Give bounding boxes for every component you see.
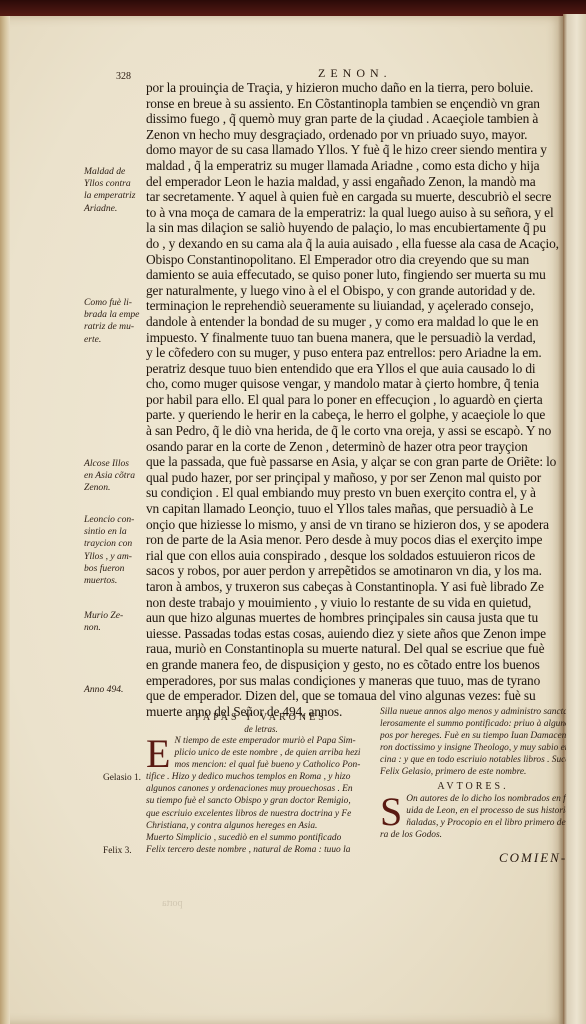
text-line: Felix tercero deste nombre , natural de … <box>146 844 376 856</box>
text-line: del emperador Leon le hazia maldad, y as… <box>146 174 571 190</box>
margin-note-line: ratriz de mu- <box>84 321 150 333</box>
margin-note-line: Zenon. <box>84 482 150 494</box>
margin-note: Alcose Illosen Asia cõtraZenon. <box>84 458 150 495</box>
margin-note-line: Murio Ze- <box>84 610 150 622</box>
margin-note-line: muertos. <box>84 575 150 587</box>
text-line: cho, como muger quisose vengar, y mandol… <box>146 376 571 392</box>
text-line: do , y dexando en su cama ala q̃ la auia… <box>146 236 571 252</box>
autores-lines: On autores de lo dicho los nombrados en … <box>380 793 566 841</box>
section-body: E N tiempo de este emperador muriò el Pa… <box>146 735 376 856</box>
margin-note-line: traycion con <box>84 538 150 550</box>
text-line: que la passada, que fuè passarse en Asia… <box>146 454 571 470</box>
text-line: ronse en breue à su assiento. En Cõstant… <box>146 96 571 112</box>
text-line: que de emperador. Dizen del, que se toma… <box>146 688 571 704</box>
section-subtitle: de letras. <box>146 724 376 735</box>
running-head: ZENON. <box>318 66 392 81</box>
text-line: impuesto. Y finalmente tuuo tan buena ma… <box>146 330 571 346</box>
text-line: dissimo fuego , q̃ quemò muy gran parte … <box>146 111 571 127</box>
text-line: N tiempo de este emperador muriò el Papa… <box>174 735 376 747</box>
margin-note-line: la emperatriz <box>84 190 150 202</box>
text-line: Christiana, y contra algunos hereges en … <box>146 820 376 832</box>
section-papas-varones: PAPAS Y VARONES de letras. E N tiempo de… <box>146 712 376 856</box>
margin-note: Anno 494. <box>84 684 150 696</box>
margin-note-line: Como fuè li- <box>84 297 150 309</box>
main-text-block: por la prouinçia de Traçia, y hizieron m… <box>146 80 571 719</box>
section-right-column: Silla nueue annos algo menos y administr… <box>380 706 566 841</box>
text-line: onçio que hiziesse lo mismo, y ansi de v… <box>146 517 571 533</box>
text-line: uiesse. Passadas todas estas cosas, auie… <box>146 626 571 642</box>
margin-note-line: bos fueron <box>84 563 150 575</box>
text-line: à san Pedro, q̃ le diò vna herida, de q̃… <box>146 423 571 439</box>
catchword: COMIEN- <box>499 850 567 866</box>
section-lines: N tiempo de este emperador muriò el Papa… <box>146 735 376 856</box>
text-line: qual pudo hazer, por ser prinçipal y mañ… <box>146 470 571 486</box>
text-line: la sin mas dilaçion se saliò huyendo de … <box>146 220 571 236</box>
margin-note-line: en Asia cõtra <box>84 470 150 482</box>
text-line: aun que hizo algunas muertes de hombres … <box>146 610 571 626</box>
text-line: Zenon vn hecho muy desgraçiado, ordenado… <box>146 127 571 143</box>
margin-note-line: brada la empe <box>84 309 150 321</box>
text-line: vn capitan llamado Leonçio, tuuo el Yllo… <box>146 501 571 517</box>
text-line: domo mayor de su casa llamado Yllos. Y f… <box>146 142 571 158</box>
text-line: Felix Gelasio, primero de este nombre. <box>380 766 566 778</box>
bleed-through-text: porta <box>162 898 183 909</box>
text-line: mos mencion: el qual fuè bueno y Catholi… <box>174 759 376 771</box>
text-line: ron de parte de la Asia menor. Pero desd… <box>146 532 571 548</box>
section-title: PAPAS Y VARONES <box>146 712 376 724</box>
margin-note: Murio Ze-non. <box>84 610 150 634</box>
margin-note-line: erte. <box>84 334 150 346</box>
margin-note: Leoncio con-sintio en latraycion conYllo… <box>84 514 150 587</box>
margin-note-line: Yllos , y am- <box>84 551 150 563</box>
text-line: to à vna moça de camara de la emperatriz… <box>146 205 571 221</box>
text-line: Silla nueue annos algo menos y administr… <box>380 706 566 718</box>
text-line: por habil para ello. El qual para lo pon… <box>146 392 571 408</box>
text-line: maldad , q̃ la emperatriz su muger llama… <box>146 158 571 174</box>
margin-note-line: non. <box>84 622 150 634</box>
side-label-gelasio: Gelasio 1. <box>103 773 141 783</box>
text-line: sacos y robos, por auer perdon y arrepẽt… <box>146 563 571 579</box>
text-line: terminaçion le reprehendiò seueramente s… <box>146 298 571 314</box>
margin-note-line: Yllos contra <box>84 178 150 190</box>
text-line: tar secretamente. Y aquel à quien fuè en… <box>146 189 571 205</box>
text-line: non deste trabajo y mouimiento , y viuio… <box>146 595 571 611</box>
text-line: que escriuio excelentes libros de nuestr… <box>146 808 376 820</box>
text-line: pos por hereges. Fuè en su tiempo Iuan D… <box>380 730 566 742</box>
text-line: su condiçion . El qual embiando muy pres… <box>146 485 571 501</box>
margin-note-line: sintio en la <box>84 526 150 538</box>
margin-note-line: Ariadne. <box>84 203 150 215</box>
text-line: rial que con ellos auia conspirado , des… <box>146 548 571 564</box>
text-line: y le cõfedero con su muger, y puso enter… <box>146 345 571 361</box>
text-line: On autores de lo dicho los nombrados en … <box>406 793 566 805</box>
margin-note-line: Leoncio con- <box>84 514 150 526</box>
page-number: 328 <box>116 71 131 82</box>
text-line: lerosamente el summo pontificado: priuo … <box>380 718 566 730</box>
text-line: taron à ambos, y truxeron sus cabeças à … <box>146 579 571 595</box>
text-line: su tiempo fuè el sancto Obispo y gran do… <box>146 795 376 807</box>
side-label-felix: Felix 3. <box>103 846 132 856</box>
text-line: ra de los Godos. <box>380 829 566 841</box>
text-line: algunos canones y ordenaciones muy proue… <box>146 783 376 795</box>
text-line: ger naturalmente, y luego vino à el el O… <box>146 283 571 299</box>
text-line: uida de Leon, en el processo de sus hist… <box>406 805 566 817</box>
margin-note: Maldad deYllos contrala emperatrizAriadn… <box>84 166 150 215</box>
text-line: parte. y queriendo le herir en la cabeça… <box>146 407 571 423</box>
text-line: por la prouinçia de Traçia, y hizieron m… <box>146 80 571 96</box>
text-line: emperadores, por sus malas condiçiones y… <box>146 673 571 689</box>
text-line: plicio unico de este nombre , de quien a… <box>174 747 376 759</box>
text-line: cina : y que en todo escriuio notables l… <box>380 754 566 766</box>
text-line: osando parar en la corte de Zenon , dete… <box>146 439 571 455</box>
margin-note-line: Anno 494. <box>84 684 150 696</box>
text-line: peratriz desque tuuo bien entendido que … <box>146 361 571 377</box>
margin-note-line: Alcose Illos <box>84 458 150 470</box>
autores-title: AVTORES. <box>380 781 566 793</box>
text-line: damiento se auia effecutado, se quiso po… <box>146 267 571 283</box>
text-line: ñaladas, y Procopio en el libro primero … <box>406 817 566 829</box>
drop-cap: E <box>146 737 170 771</box>
text-line: tifice . Hizo y dedico muchos templos en… <box>146 771 376 783</box>
margin-note-line: Maldad de <box>84 166 150 178</box>
autores-body: S On autores de lo dicho los nombrados e… <box>380 793 566 841</box>
section-lines: Silla nueue annos algo menos y administr… <box>380 706 566 779</box>
text-line: ron doctissimo y insigne Theologo, y muy… <box>380 742 566 754</box>
text-line: Obispo Constantinopolitano. El Emperador… <box>146 252 571 268</box>
text-line: dandole à entender la bondad de su muger… <box>146 314 571 330</box>
margin-note: Como fuè li-brada la emperatriz de mu-er… <box>84 297 150 346</box>
drop-cap: S <box>380 795 402 829</box>
text-line: Muerto Simplicio , sucediò en el summo p… <box>146 832 376 844</box>
text-line: raua, muriò en Constantinopla su muerte … <box>146 641 571 657</box>
text-line: en grande manera feo, de dispusiçion y g… <box>146 657 571 673</box>
page-stack-edge <box>0 16 10 1024</box>
